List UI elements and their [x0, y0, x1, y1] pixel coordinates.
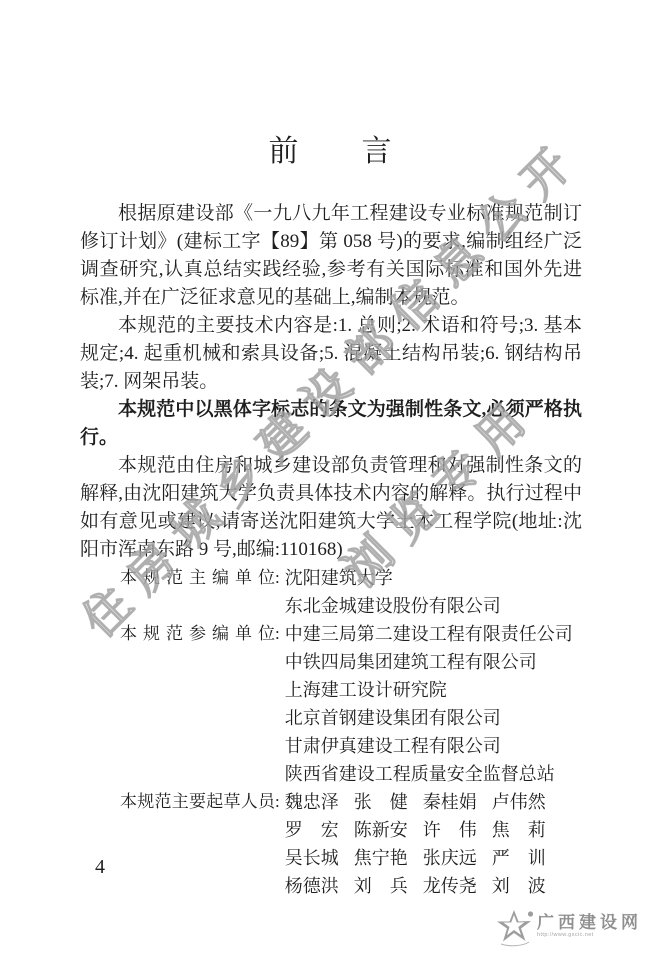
- participating-units: 中建三局第二建设工程有限责任公司 中铁四局集团建筑工程有限公司 上海建工设计研究…: [285, 620, 582, 788]
- logo-site-name: 广西建设网: [537, 913, 653, 932]
- paragraph-mandatory-clauses: 本规范中以黑体字标志的条文为强制性条文,必须严格执行。: [80, 396, 582, 452]
- drafter-name: 秦桂娟: [423, 788, 481, 816]
- drafter-name-row: 罗 宏 陈新安 许 伟 焦 莉: [285, 816, 582, 844]
- chief-editor-unit-row: 本规范主编单位: 沈阳建筑大学 东北金城建设股份有限公司: [120, 564, 582, 620]
- label-colon: :: [275, 788, 280, 816]
- document-page: 住房城乡建设部信息公开 浏览专用 前 言 根据原建设部《一九八九年工程建设专业标…: [0, 0, 661, 958]
- page-title: 前 言: [0, 126, 661, 170]
- chief-editor-units: 沈阳建筑大学 东北金城建设股份有限公司: [285, 564, 582, 620]
- site-logo: 广西建设网 http://www.gxcic.net: [493, 898, 653, 954]
- label-colon: :: [275, 564, 280, 592]
- drafter-name: 魏忠泽: [285, 788, 343, 816]
- unit-name: 中建三局第二建设工程有限责任公司: [285, 620, 582, 648]
- chief-editor-label: 本规范主编单位: [120, 564, 275, 592]
- drafters-names: 魏忠泽 张 健 秦桂娟 卢伟然 罗 宏 陈新安 许 伟 焦 莉 吴长城 焦宁艳 …: [285, 788, 582, 900]
- drafter-name: 吴长城: [285, 844, 343, 872]
- drafter-name: 许 伟: [423, 816, 481, 844]
- unit-name: 北京首钢建设集团有限公司: [285, 704, 582, 732]
- paragraph-basis: 根据原建设部《一九八九年工程建设专业标准规范制订修订计划》(建标工字【89】第 …: [80, 200, 582, 312]
- unit-name: 甘肃伊真建设工程有限公司: [285, 732, 582, 760]
- drafter-name: 张 健: [354, 788, 412, 816]
- drafter-name: 罗 宏: [285, 816, 343, 844]
- drafters-label: 本规范主要起草人员: [120, 788, 275, 816]
- drafter-name: 张庆远: [423, 844, 481, 872]
- drafter-name-row: 杨德洪 刘 兵 龙传尧 刘 波: [285, 872, 582, 900]
- logo-tagline: http://www.gxcic.net: [537, 932, 653, 939]
- drafter-name: 刘 波: [492, 872, 550, 900]
- drafter-name: 焦 莉: [492, 816, 550, 844]
- drafters-row: 本规范主要起草人员: 魏忠泽 张 健 秦桂娟 卢伟然 罗 宏 陈新安 许 伟 焦…: [120, 788, 582, 900]
- drafter-name-row: 吴长城 焦宁艳 张庆远 严 训: [285, 844, 582, 872]
- drafter-name: 杨德洪: [285, 872, 343, 900]
- participating-label: 本规范参编单位: [120, 620, 275, 648]
- drafter-name: 龙传尧: [423, 872, 481, 900]
- star-icon: [493, 903, 537, 949]
- label-colon: :: [275, 620, 280, 648]
- page-number: 4: [95, 856, 105, 879]
- drafter-name: 严 训: [492, 844, 550, 872]
- unit-name: 上海建工设计研究院: [285, 676, 582, 704]
- unit-name: 东北金城建设股份有限公司: [285, 592, 582, 620]
- unit-name: 中铁四局集团建筑工程有限公司: [285, 648, 582, 676]
- unit-name: 沈阳建筑大学: [285, 564, 582, 592]
- preface-body: 根据原建设部《一九八九年工程建设专业标准规范制订修订计划》(建标工字【89】第 …: [80, 200, 582, 900]
- drafter-name: 陈新安: [354, 816, 412, 844]
- unit-name: 陕西省建设工程质量安全监督总站: [285, 760, 582, 788]
- drafter-name: 焦宁艳: [354, 844, 412, 872]
- drafter-name: 刘 兵: [354, 872, 412, 900]
- drafter-name: 卢伟然: [492, 788, 550, 816]
- paragraph-management: 本规范由住房和城乡建设部负责管理和对强制性条文的解释,由沈阳建筑大学负责具体技术…: [80, 452, 582, 564]
- drafter-name-row: 魏忠泽 张 健 秦桂娟 卢伟然: [285, 788, 582, 816]
- participating-unit-row: 本规范参编单位: 中建三局第二建设工程有限责任公司 中铁四局集团建筑工程有限公司…: [120, 620, 582, 788]
- paragraph-contents: 本规范的主要技术内容是:1. 总则;2. 术语和符号;3. 基本规定;4. 起重…: [80, 312, 582, 396]
